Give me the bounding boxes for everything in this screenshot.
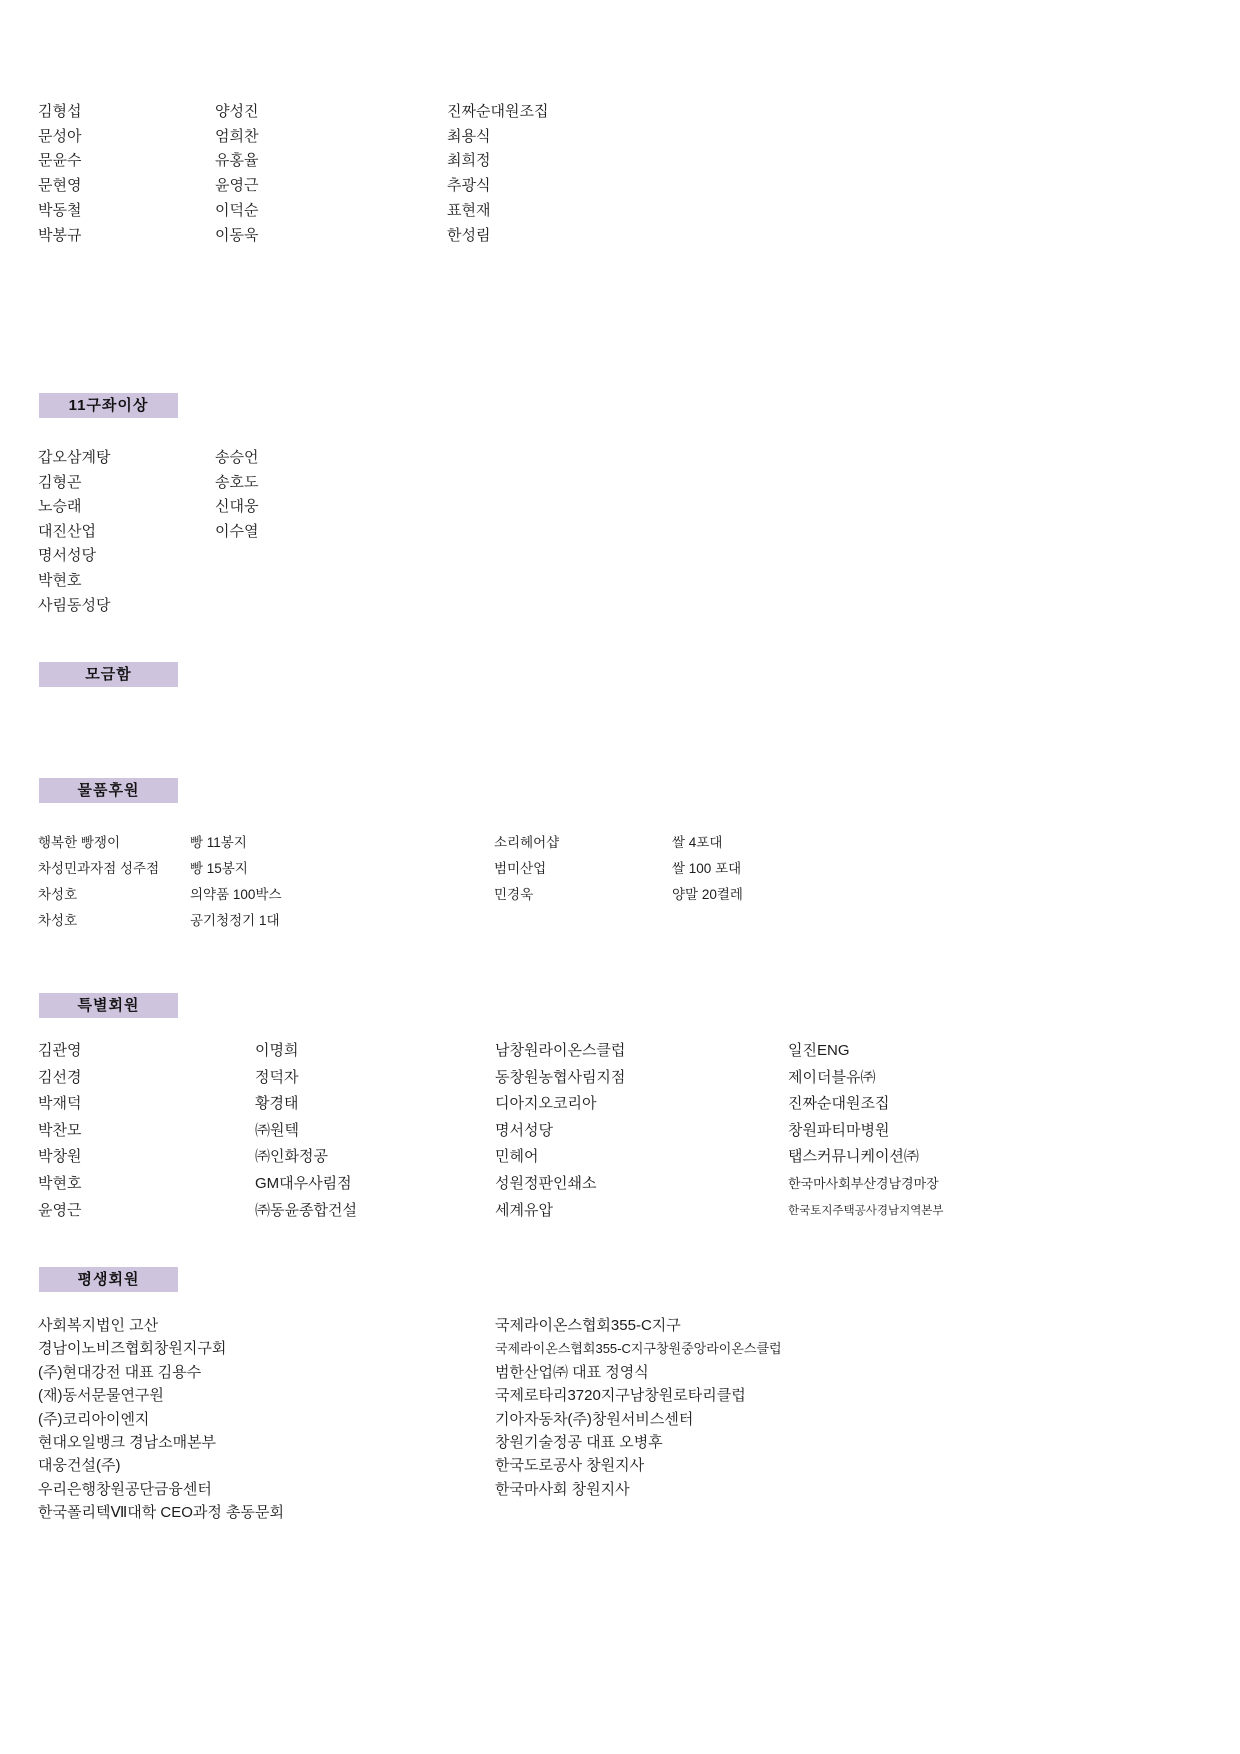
list-item: 사림동성당 (38, 594, 110, 619)
list-item: 송호도 (215, 471, 258, 496)
list-item: 국제라이온스협회355-C지구창원중앙라이온스클럽 (495, 1337, 782, 1360)
section-header-11-accounts: 11구좌이상 (39, 393, 178, 418)
list-item: 한국폴리텍Ⅶ대학 CEO과정 총동문회 (38, 1501, 284, 1524)
list-item: 이명희 (255, 1038, 357, 1065)
list-item: 표현재 (447, 199, 548, 224)
list-item: 한국마사회부산경남경마장 (788, 1171, 944, 1198)
list-item: 탭스커뮤니케이션㈜ (788, 1144, 944, 1171)
section-header-goods-support: 물품후원 (39, 778, 178, 803)
list-item: 사회복지법인 고산 (38, 1314, 284, 1337)
name-column-2: 양성진엄희찬유홍율윤영근이덕순이동욱 (215, 100, 258, 248)
list-item: 박동철 (38, 199, 81, 224)
list-item: 창원기술정공 대표 오병후 (495, 1431, 782, 1454)
list-item: 양말 20켤레 (672, 882, 743, 908)
list-item: GM대우사림점 (255, 1171, 357, 1198)
list-item: 문성아 (38, 125, 81, 150)
list-item: 차성호 (38, 908, 159, 934)
list-item: 차성민과자점 성주점 (38, 856, 159, 882)
list-item: 양성진 (215, 100, 258, 125)
list-item: 박봉규 (38, 224, 81, 249)
list-item: 박창원 (38, 1144, 81, 1171)
list-item: 쌀 4포대 (672, 830, 743, 856)
list-item: 진짜순대원조집 (447, 100, 548, 125)
list-item: (주)코리아이엔지 (38, 1408, 284, 1431)
name-column-3: 진짜순대원조집최용식최희정추광식표현재한성림 (447, 100, 548, 248)
list-item: 박현호 (38, 569, 110, 594)
donated-item-column-left: 빵 11봉지빵 15봉지의약품 100박스공기청정기 1대 (190, 830, 281, 934)
list-item: 대웅건설(주) (38, 1454, 284, 1477)
list-item: (주)현대강전 대표 김용수 (38, 1361, 284, 1384)
list-item: 정덕자 (255, 1065, 357, 1092)
list-item: 대진산업 (38, 520, 110, 545)
list-item: 빵 15봉지 (190, 856, 281, 882)
list-item: 유홍율 (215, 149, 258, 174)
list-item: ㈜원텍 (255, 1118, 357, 1145)
name-column-1: 김형섭문성아문윤수문현영박동철박봉규 (38, 100, 81, 248)
list-item: ㈜인화정공 (255, 1144, 357, 1171)
list-item: 김관영 (38, 1038, 81, 1065)
list-item: 일진ENG (788, 1038, 944, 1065)
section-header-special-members: 특별회원 (39, 993, 178, 1018)
list-item: 한국도로공사 창원지사 (495, 1454, 782, 1477)
name-column-2: 송승언송호도신대웅이수열 (215, 446, 258, 544)
list-item: 명서성당 (38, 544, 110, 569)
list-item: 민헤어 (495, 1144, 625, 1171)
list-item: 남창원라이온스클럽 (495, 1038, 625, 1065)
list-item: 세계유압 (495, 1198, 625, 1225)
list-item: 엄희찬 (215, 125, 258, 150)
donated-item-column-right: 쌀 4포대쌀 100 포대양말 20켤레 (672, 830, 743, 908)
list-item: 차성호 (38, 882, 159, 908)
list-item: 윤영근 (38, 1198, 81, 1225)
list-item: 쌀 100 포대 (672, 856, 743, 882)
list-item: 박현호 (38, 1171, 81, 1198)
list-item: 우리은행창원공단금융센터 (38, 1478, 284, 1501)
list-item: 최희정 (447, 149, 548, 174)
list-item: 최용식 (447, 125, 548, 150)
donor-name-column-right: 소리헤어샵범미산업민경욱 (494, 830, 559, 908)
list-item: 한국토지주택공사경남지역본부 (788, 1198, 944, 1225)
name-column-1: 갑오삼계탕김형곤노승래대진산업명서성당박현호사림동성당 (38, 446, 110, 618)
list-item: 김선경 (38, 1065, 81, 1092)
section-header-donation-box: 모금함 (39, 662, 178, 687)
list-item: (재)동서문물연구원 (38, 1384, 284, 1407)
donor-name-column-left: 행복한 빵쟁이차성민과자점 성주점차성호차성호 (38, 830, 159, 934)
list-item: 국제로타리3720지구남창원로타리클럽 (495, 1384, 782, 1407)
list-item: 김형섭 (38, 100, 81, 125)
list-item: 윤영근 (215, 174, 258, 199)
list-item: 이동욱 (215, 224, 258, 249)
list-item: 국제라이온스협회355-C지구 (495, 1314, 782, 1337)
list-item: 신대웅 (215, 495, 258, 520)
list-item: 현대오일뱅크 경남소매본부 (38, 1431, 284, 1454)
list-item: 의약품 100박스 (190, 882, 281, 908)
section-header-lifetime-members: 평생회원 (39, 1267, 178, 1292)
list-item: 김형곤 (38, 471, 110, 496)
name-column-3: 남창원라이온스클럽동창원농협사림지점디아지오코리아명서성당민헤어성원정판인쇄소세… (495, 1038, 625, 1224)
list-item: 한국마사회 창원지사 (495, 1478, 782, 1501)
list-item: 성원정판인쇄소 (495, 1171, 625, 1198)
list-item: 디아지오코리아 (495, 1091, 625, 1118)
list-item: 문윤수 (38, 149, 81, 174)
list-item: 창원파티마병원 (788, 1118, 944, 1145)
name-column-4: 일진ENG제이더블유㈜진짜순대원조집창원파티마병원탭스커뮤니케이션㈜한국마사회부… (788, 1038, 944, 1224)
list-item: 범미산업 (494, 856, 559, 882)
list-item: 소리헤어샵 (494, 830, 559, 856)
list-item: 황경태 (255, 1091, 357, 1118)
list-item: 이수열 (215, 520, 258, 545)
list-item: 노승래 (38, 495, 110, 520)
list-item: 동창원농협사림지점 (495, 1065, 625, 1092)
list-item: 송승언 (215, 446, 258, 471)
list-item: 제이더블유㈜ (788, 1065, 944, 1092)
list-item: 기아자동차(주)창원서비스센터 (495, 1408, 782, 1431)
list-item: 명서성당 (495, 1118, 625, 1145)
list-item: 민경욱 (494, 882, 559, 908)
list-item: 박재덕 (38, 1091, 81, 1118)
list-item: 박찬모 (38, 1118, 81, 1145)
list-item: 경남이노비즈협회창원지구회 (38, 1337, 284, 1360)
list-item: 범한산업㈜ 대표 정영식 (495, 1361, 782, 1384)
list-item: 진짜순대원조집 (788, 1091, 944, 1118)
list-item: 문현영 (38, 174, 81, 199)
name-column-2: 이명희정덕자황경태㈜원텍㈜인화정공GM대우사림점㈜동윤종합건설 (255, 1038, 357, 1224)
donor-list-page: 김형섭문성아문윤수문현영박동철박봉규 양성진엄희찬유홍율윤영근이덕순이동욱 진짜… (0, 0, 1240, 1754)
list-item: 공기청정기 1대 (190, 908, 281, 934)
list-item: 한성림 (447, 224, 548, 249)
list-item: 이덕순 (215, 199, 258, 224)
name-column-1: 사회복지법인 고산경남이노비즈협회창원지구회(주)현대강전 대표 김용수(재)동… (38, 1314, 284, 1525)
list-item: 갑오삼계탕 (38, 446, 110, 471)
list-item: 추광식 (447, 174, 548, 199)
name-column-2: 국제라이온스협회355-C지구국제라이온스협회355-C지구창원중앙라이온스클럽… (495, 1314, 782, 1501)
list-item: ㈜동윤종합건설 (255, 1198, 357, 1225)
list-item: 행복한 빵쟁이 (38, 830, 159, 856)
name-column-1: 김관영김선경박재덕박찬모박창원박현호윤영근 (38, 1038, 81, 1224)
list-item: 빵 11봉지 (190, 830, 281, 856)
